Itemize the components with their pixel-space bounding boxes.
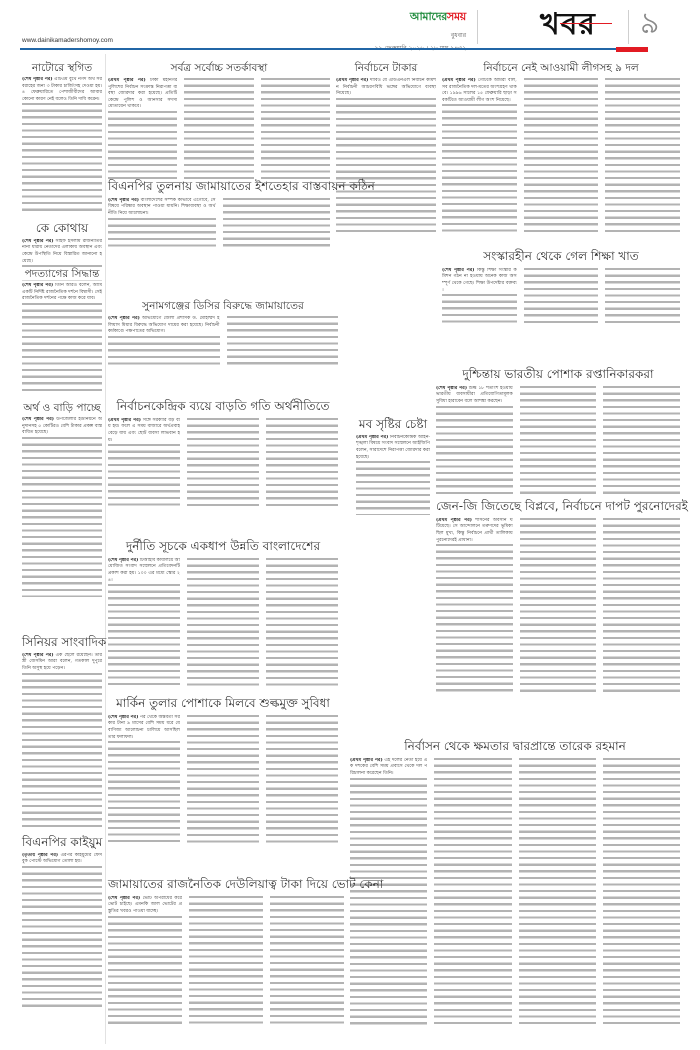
article-headline: নির্বাচনকেন্দ্রিক ব্যয়ে বাড়তি গতি অর্থ… (108, 400, 338, 414)
article-lead: (শেষ পৃষ্ঠার পর) (436, 386, 467, 391)
article-body-cont (227, 316, 339, 368)
article-body: (শেষ পৃষ্ঠার পর) অভিযোগে জেলা প্রশাসক ড.… (108, 316, 220, 368)
text-lines (22, 673, 102, 829)
text-lines (270, 896, 344, 1024)
article-body: (শেষ পৃষ্ঠার পর) তিনি আরও বলেন, আমি একটি… (22, 283, 102, 393)
article-body: (শেষ পৃষ্ঠার পর) এক ছেলে রয়েছেন। তার স্… (22, 653, 102, 829)
article-headline: সংস্কারহীন থেকে গেল শিক্ষা খাত (442, 250, 680, 264)
page-number: ৯ (640, 7, 659, 41)
article-headline: জেন-জি জিতেছে বিপ্লবে, নির্বাচনে দাপট পু… (436, 500, 680, 514)
article-body: (প্রথম পৃষ্ঠার পর) এই দলের নেতা হয়ে এক … (350, 758, 427, 1026)
article-ortho-bari[interactable]: অর্থ ও বাড়ি পাচ্ছে (শেষ পৃষ্ঠার পর) উপজ… (22, 402, 102, 602)
text-lines (187, 418, 259, 506)
text-lines (520, 518, 597, 696)
article-columns: (প্রথম পৃষ্ঠার পর) সঙ্গে সরকারি বড় ব্যয… (108, 418, 338, 506)
article-body-cont (266, 418, 338, 506)
masthead-divider (628, 10, 629, 44)
article-body: (শেষ পৃষ্ঠার পর) উপজেলার ইউনিয়নে অনুদান… (22, 417, 102, 597)
article-body: (তৃতীয় পৃষ্ঠার পর) এরপর কাইয়ুমের ফেসবু… (22, 853, 102, 1009)
article-headline: দুর্নীতি সূচকে একধাপ উন্নতি বাংলাদেশের (108, 540, 338, 554)
article-columns: (প্রথম পৃষ্ঠার পর) এই দলের নেতা হয়ে এক … (350, 758, 680, 1026)
article-body-cont (520, 518, 597, 696)
article-body-cont (520, 386, 597, 494)
text-lines (223, 198, 331, 248)
article-lead: (শেষ পৃষ্ঠার পর) (108, 198, 139, 203)
masthead: www.dainikamadershomoy.com আমাদেরসময় বু… (0, 0, 700, 52)
article-gen-z[interactable]: জেন-জি জিতেছে বিপ্লবে, নির্বাচনে দাপট পু… (436, 500, 680, 700)
article-headline: বিএনপির কাইয়ুম (22, 836, 102, 850)
article-body-cont (605, 268, 680, 326)
article-headline: পদত্যাগের সিদ্ধান্ত (22, 268, 102, 280)
article-lead: (শেষ পৃষ্ঠার পর) (22, 77, 53, 82)
article-headline: সুনামগঞ্জের ডিসির বিরুদ্ধে জামায়াতের (108, 300, 338, 312)
article-lead: (শেষ পৃষ্ঠার পর) (108, 715, 138, 720)
text-lines (187, 715, 259, 843)
article-columns: (প্রথম পৃষ্ঠার পর) দাবিও যে এডিএনএল নির্… (336, 78, 436, 236)
article-headline: জামায়াতের রাজনৈতিক দেউলিয়াত্ব টাকা দিয… (108, 878, 344, 892)
article-senior-sangbadik[interactable]: সিনিয়র সাংবাদিক (শেষ পৃষ্ঠার পর) এক ছেল… (22, 636, 102, 836)
article-body-cont (189, 896, 263, 1024)
article-body-cont (187, 418, 259, 506)
article-columns: (শেষ পৃষ্ঠার পর) বাংলাদেশের সম্পর্ক কীভা… (108, 198, 330, 248)
article-body: (শেষ পৃষ্ঠার পর) বাংলাদেশের সম্পর্ক কীভা… (108, 198, 216, 248)
article-columns: (শেষ পৃষ্ঠার পর) অভিযোগে জেলা প্রশাসক ড.… (108, 316, 338, 368)
article-headline: নাটোরে স্থগিত (22, 62, 102, 74)
article-body: (শেষ পৃষ্ঠার পর) কিন্তু শিক্ষা সংস্কার ক… (442, 268, 517, 326)
text-lines (434, 758, 511, 1026)
text-lines (266, 418, 338, 506)
section-title-accent (560, 23, 612, 24)
article-body-cont (605, 78, 680, 236)
article-headline: বিএনপির তুলনায় জামায়াতের ইশতেহার বাস্ত… (108, 180, 330, 194)
article-bnp-tulonay[interactable]: বিএনপির তুলনায় জামায়াতের ইশতেহার বাস্ত… (108, 180, 330, 250)
article-headline: দুশ্চিন্তায় ভারতীয় পোশাক রপ্তানিকারকরা (436, 368, 680, 382)
article-shongskarhin[interactable]: সংস্কারহীন থেকে গেল শিক্ষা খাত (শেষ পৃষ্… (442, 250, 680, 330)
logo-part-green: আমাদের (410, 10, 447, 23)
text-lines (442, 104, 517, 236)
article-body: (প্রথম পৃষ্ঠার পর) দাবিও যে এডিএনএল নির্… (336, 78, 436, 236)
text-lines (603, 758, 680, 1026)
article-lead: (শেষ পৃষ্ঠার পর) (22, 283, 53, 288)
article-body: (প্রথম পৃষ্ঠার পর) শাসনের অবসান ঘটিয়েছে… (436, 518, 513, 696)
article-columns: (শেষ পৃষ্ঠার পর) কিন্তু শিক্ষা সংস্কার ক… (442, 268, 680, 326)
text-lines (605, 78, 680, 236)
article-lead: (শেষ পৃষ্ঠার পর) (108, 558, 138, 563)
article-headline: সর্বত্র সর্বোচ্চ সতর্কাবস্থা (108, 62, 330, 74)
article-body-cont (603, 386, 680, 494)
article-lead: (প্রথম পৃষ্ঠার পর) (108, 78, 146, 83)
text-lines (442, 294, 517, 326)
article-padotyag[interactable]: পদত্যাগের সিদ্ধান্ত (শেষ পৃষ্ঠার পর) তিন… (22, 268, 102, 398)
article-body-cont (270, 896, 344, 1024)
article-body-cont (266, 715, 338, 843)
text-lines (22, 866, 102, 1009)
article-lead: (শেষ পৃষ্ঠার পর) (442, 268, 474, 273)
text-lines (22, 303, 102, 393)
article-markin-tula[interactable]: মার্কিন তুলার পোশাকে মিলবে শুল্কমুক্ত সু… (108, 697, 338, 847)
masthead-divider (477, 10, 478, 44)
article-body-cont (266, 558, 338, 686)
article-headline: নির্বাচনে টাকার (336, 62, 436, 74)
article-body-cont (187, 715, 259, 843)
article-natore[interactable]: নাটোরে স্থগিত (শেষ পৃষ্ঠার পর) এটিএম বুথ… (22, 62, 102, 222)
text-lines (108, 336, 220, 368)
text-lines (108, 584, 180, 686)
article-lead: (শেষ পৃষ্ঠার পর) (22, 653, 54, 658)
text-lines (436, 406, 513, 494)
article-body: (প্রথম পৃষ্ঠার পর) নির্বাচনকেন্দ্রিক আইন… (356, 435, 430, 515)
article-columns: (শেষ পৃষ্ঠার পর) টিআইবি কার্যালয়ে আয়োজ… (108, 558, 338, 686)
article-bnp-kaium[interactable]: বিএনপির কাইয়ুম (তৃতীয় পৃষ্ঠার পর) এরপর… (22, 836, 102, 1016)
text-lines (266, 558, 338, 686)
text-lines (605, 268, 680, 326)
article-lead: (শেষ পৃষ্ঠার পর) (108, 896, 140, 901)
article-headline: কে কোথায় (22, 222, 102, 236)
text-lines (603, 518, 680, 696)
article-body-cont (603, 758, 680, 1026)
article-duschinta[interactable]: দুশ্চিন্তায় ভারতীয় পোশাক রপ্তানিকারকরা… (436, 368, 680, 498)
article-headline: মার্কিন তুলার পোশাকে মিলবে শুল্কমুক্ত সু… (108, 697, 338, 711)
article-durniti[interactable]: দুর্নীতি সূচকে একধাপ উন্নতি বাংলাদেশের (… (108, 540, 338, 690)
article-awami-league[interactable]: নির্বাচনে নেই আওয়ামী লীগসহ ৯ দল (প্রথম … (442, 62, 680, 240)
article-body-cont (519, 758, 596, 1026)
article-nirbachonkendrik[interactable]: নির্বাচনকেন্দ্রিক ব্যয়ে বাড়তি গতি অর্থ… (108, 400, 338, 510)
article-sunamganj[interactable]: সুনামগঞ্জের ডিসির বিরুদ্ধে জামায়াতের (শ… (108, 300, 338, 372)
article-body-cont (434, 758, 511, 1026)
text-lines (266, 715, 338, 843)
article-headline: সিনিয়র সাংবাদিক (22, 636, 102, 650)
article-columns: (শেষ পৃষ্ঠার পর) শুল্ক ১৮ শতাংশ হওয়ায় … (436, 386, 680, 494)
text-lines (108, 741, 180, 843)
article-lead: (শেষ পৃষ্ঠার পর) (108, 316, 140, 321)
article-body: (প্রথম পৃষ্ঠার পর) সঙ্গে সরকারি বড় ব্যয… (108, 418, 180, 506)
column-divider (105, 54, 106, 1044)
text-lines (603, 386, 680, 494)
article-nirbachone-takar[interactable]: নির্বাচনে টাকার (প্রথম পৃষ্ঠার পর) দাবিও… (336, 62, 436, 240)
article-lead: (তৃতীয় পৃষ্ঠার পর) (22, 853, 58, 858)
article-body: (শেষ পৃষ্ঠার পর) টিআইবি কার্যালয়ে আয়োজ… (108, 558, 180, 686)
section-title: খবর (540, 8, 596, 42)
article-body: (শেষ পৃষ্ঠার পর) এটিএম বুথে নগদ অর্থ সরব… (22, 77, 102, 215)
text-lines (524, 78, 599, 236)
article-columns: (প্রথম পৃষ্ঠার পর) গেটিকে আমরা বলি, সব র… (442, 78, 680, 236)
article-body: (শেষ পৃষ্ঠার পর) ভোট অপরাধের করে ভোট চাই… (108, 896, 182, 1024)
article-body: (প্রথম পৃষ্ঠার পর) গেটিকে আমরা বলি, সব র… (442, 78, 517, 236)
article-body-cont (187, 558, 259, 686)
text-lines (519, 758, 596, 1026)
article-lead: (প্রথম পৃষ্ঠার পর) (336, 78, 368, 83)
article-headline: নির্বাচনে নেই আওয়ামী লীগসহ ৯ দল (442, 62, 680, 74)
text-lines (524, 268, 599, 326)
article-lead: (শেষ পৃষ্ঠার পর) (22, 239, 54, 244)
text-lines (22, 437, 102, 597)
newspaper-logo[interactable]: আমাদেরসময় (318, 8, 466, 27)
text-lines (227, 316, 339, 368)
article-lead: (শেষ পৃষ্ঠার পর) (22, 417, 54, 422)
text-lines (189, 896, 263, 1024)
text-lines (350, 778, 427, 1026)
article-headline: মব সৃষ্টির চেষ্টা (356, 418, 430, 432)
article-lead: (প্রথম পৃষ্ঠার পর) (356, 435, 388, 440)
text-lines (108, 444, 180, 506)
article-lead: (প্রথম পৃষ্ঠার পর) (442, 78, 476, 83)
weekday: বুধবার (318, 30, 466, 41)
article-body: (শেষ পৃষ্ঠার পর) পর থেকে অন্তর্বর্তী সরক… (108, 715, 180, 843)
article-lead: (প্রথম পৃষ্ঠার পর) (350, 758, 383, 763)
text-lines (356, 461, 430, 515)
article-headline: নির্বাসন থেকে ক্ষমতার দ্বারপ্রান্তে তারে… (350, 740, 680, 754)
text-lines (108, 218, 216, 248)
article-lead: (প্রথম পৃষ্ঠার পর) (108, 418, 141, 423)
text-lines (336, 98, 436, 236)
article-body-cont (603, 518, 680, 696)
logo-part-red: সময় (447, 10, 466, 23)
article-columns: (শেষ পৃষ্ঠার পর) ভোট অপরাধের করে ভোট চাই… (108, 896, 344, 1024)
text-lines (520, 386, 597, 494)
header-rule-accent (616, 47, 648, 52)
article-columns: (শেষ পৃষ্ঠার পর) পর থেকে অন্তর্বর্তী সরক… (108, 715, 338, 843)
article-body: (শেষ পৃষ্ঠার পর) শুল্ক ১৮ শতাংশ হওয়ায় … (436, 386, 513, 494)
text-lines (436, 544, 513, 696)
text-lines (187, 558, 259, 686)
article-body-cont (524, 78, 599, 236)
text-lines (22, 103, 102, 215)
text-lines (108, 916, 182, 1024)
article-jamaat-deuliyatto[interactable]: জামায়াতের রাজনৈতিক দেউলিয়াত্ব টাকা দিয… (108, 878, 344, 1028)
article-mob-srishti[interactable]: মব সৃষ্টির চেষ্টা (প্রথম পৃষ্ঠার পর) নির… (356, 418, 430, 518)
article-lead: (প্রথম পৃষ্ঠার পর) (436, 518, 472, 523)
article-nirbashon[interactable]: নির্বাসন থেকে ক্ষমতার দ্বারপ্রান্তে তারে… (350, 740, 680, 1030)
article-body-cont (223, 198, 331, 248)
article-body-cont (524, 268, 599, 326)
site-url[interactable]: www.dainikamadershomoy.com (22, 37, 113, 44)
article-columns: (প্রথম পৃষ্ঠার পর) শাসনের অবসান ঘটিয়েছে… (436, 518, 680, 696)
article-headline: অর্থ ও বাড়ি পাচ্ছে (22, 402, 102, 414)
header-rule (20, 48, 617, 50)
